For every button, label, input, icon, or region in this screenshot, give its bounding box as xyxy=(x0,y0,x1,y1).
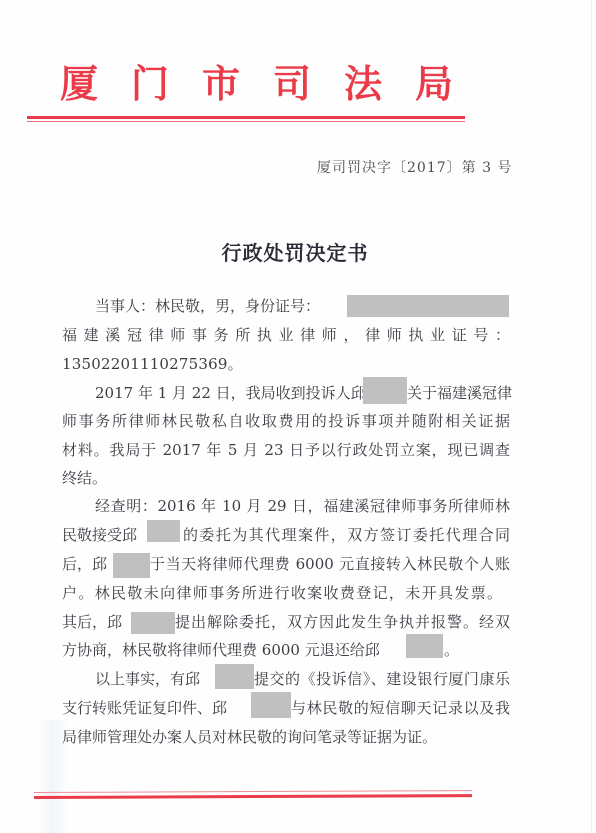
para2-line6-end: 。 xyxy=(444,640,459,660)
para3-line1-start: 以上事实，有邱 xyxy=(95,669,200,689)
para1-line4: 终结。 xyxy=(62,468,107,488)
redacted-client-name xyxy=(131,612,175,634)
document-title: 行政处罚决定书 xyxy=(0,237,596,266)
para1-line1-start: 2017 年 1 月 22 日，我局收到投诉人邱 xyxy=(95,383,366,403)
para1-line3: 材料。我局于 2017 年 5 月 23 日予以行政处罚立案，现已调查 xyxy=(62,440,510,460)
para2-line2-start: 民敬接受邱 xyxy=(62,525,137,545)
para2-line1: 经查明：2016 年 10 月 29 日，福建溪冠律师事务所律师林 xyxy=(95,496,510,516)
document-title-text: 行政处罚决定书 xyxy=(222,241,369,265)
footer-divider-thin xyxy=(34,790,472,793)
para3-line1-end: 提交的《投诉信》、建设银行厦门康乐 xyxy=(254,669,510,689)
redacted-client-name xyxy=(113,553,150,578)
para1-line2: 师事务所律师林民敬私自收取费用的投诉事项并随附相关证据 xyxy=(62,411,510,431)
letterhead-divider-thick xyxy=(27,116,465,119)
redacted-id-number xyxy=(347,295,509,317)
party-info: 当事人：林民敬，男，身份证号： xyxy=(95,297,320,315)
para3-line2-start: 支行转账凭证复印件、邱 xyxy=(62,698,227,718)
letterhead-divider-thin xyxy=(27,121,465,122)
para2-line3-end: 于当天将律师代理费 6000 元直接转入林民敬个人账 xyxy=(150,554,510,574)
license-number: 13502201110275369。 xyxy=(62,354,243,374)
redacted-client-name xyxy=(406,634,443,658)
para2-line4: 户。林民敬未向律师事务所进行收案收费登记，未开具发票。 xyxy=(62,583,502,603)
redacted-client-name xyxy=(215,664,254,689)
redacted-client-name xyxy=(147,520,180,542)
redacted-complainant-name xyxy=(363,377,407,404)
para3-line2-end: 与林民敬的短信聊天记录以及我 xyxy=(291,698,510,718)
para2-line5-end: 提出解除委托，双方因此发生争执并报警。经双 xyxy=(175,612,510,632)
party-line: 当事人：林民敬，男，身份证号： xyxy=(95,296,320,316)
footer-divider-thick xyxy=(34,794,472,799)
redacted-client-name xyxy=(251,692,291,718)
license-line: 福建溪冠律师事务所执业律师，律师执业证号： xyxy=(62,325,510,345)
document-number: 厦司罚决字〔2017〕第 3 号 xyxy=(317,157,512,177)
para2-line6-start: 方协商，林民敬将律师代理费 6000 元退还给邱 xyxy=(62,640,380,660)
agency-letterhead-title: 厦门市司法局 xyxy=(60,60,480,108)
page-edge xyxy=(591,0,592,833)
para1-line1-end: 关于福建溪冠律 xyxy=(407,383,512,403)
para3-line3: 局律师管理处办案人员对林民敬的询问笔录等证据为证。 xyxy=(62,727,437,747)
para2-line5-start: 其后，邱 xyxy=(62,612,122,632)
para2-line2-end: 的委托为其代理案件，双方签订委托代理合同 xyxy=(183,525,510,545)
para2-line3-start: 后，邱 xyxy=(62,554,107,574)
document-page: 厦门市司法局 厦司罚决字〔2017〕第 3 号 行政处罚决定书 当事人：林民敬，… xyxy=(0,0,596,833)
